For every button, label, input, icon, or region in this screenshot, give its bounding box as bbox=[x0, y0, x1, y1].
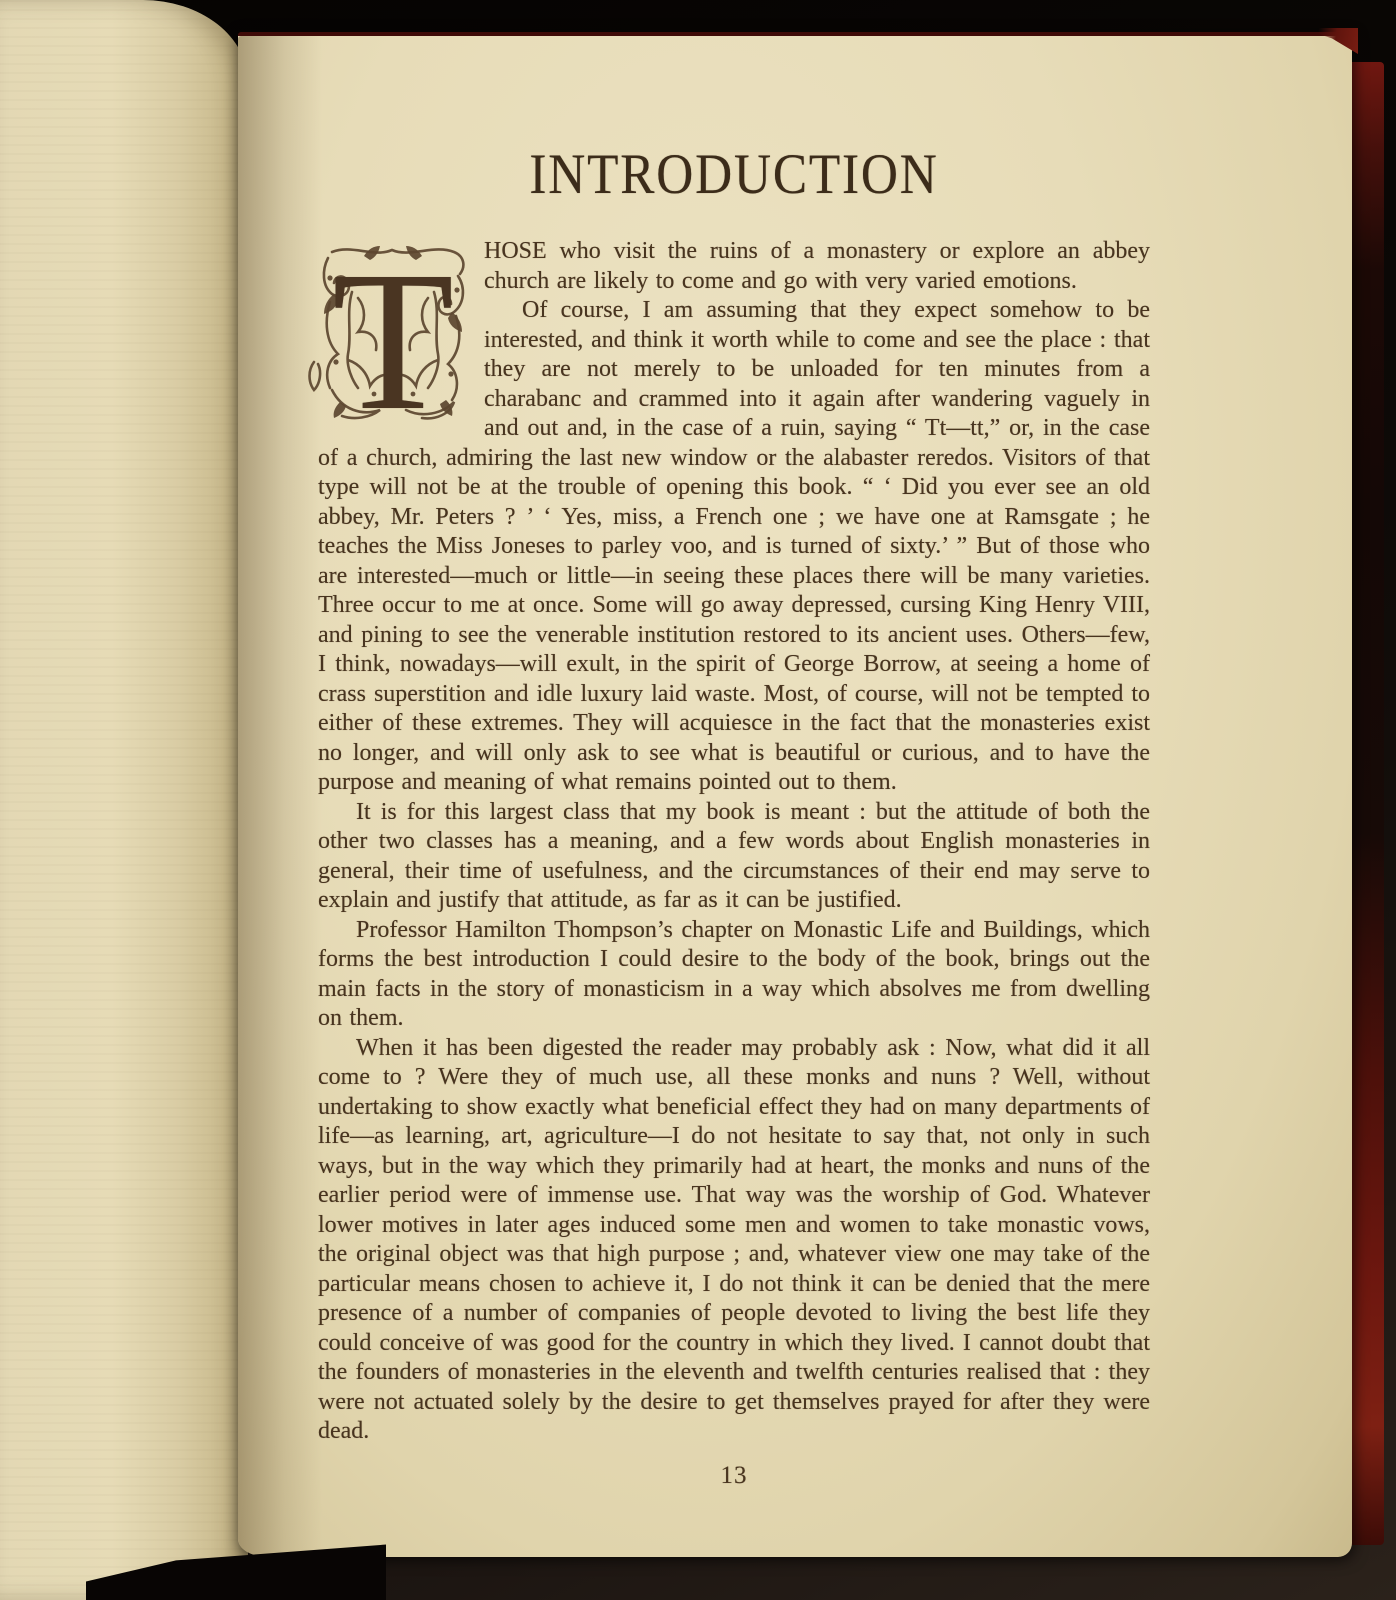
book-photo-background: INTRODUCTION bbox=[0, 0, 1396, 1600]
paragraph: When it has been digested the reader may… bbox=[318, 1034, 1150, 1447]
page-content: INTRODUCTION bbox=[318, 36, 1150, 1490]
drop-cap-letter: T bbox=[332, 231, 454, 452]
paragraph: Professor Hamilton Thompson’s chapter on… bbox=[318, 916, 1150, 1034]
left-page bbox=[0, 0, 248, 1600]
book-page: INTRODUCTION bbox=[238, 32, 1352, 1557]
page-number: 13 bbox=[318, 1462, 1150, 1490]
paragraph: It is for this largest class that my boo… bbox=[318, 798, 1150, 916]
ornate-initial-icon: T bbox=[318, 242, 468, 420]
body-text: T HOSE who visit the ruins of a monaster… bbox=[318, 237, 1150, 1447]
page-title: INTRODUCTION bbox=[360, 36, 1109, 203]
woodcut-initial-T-icon: T bbox=[318, 242, 468, 420]
